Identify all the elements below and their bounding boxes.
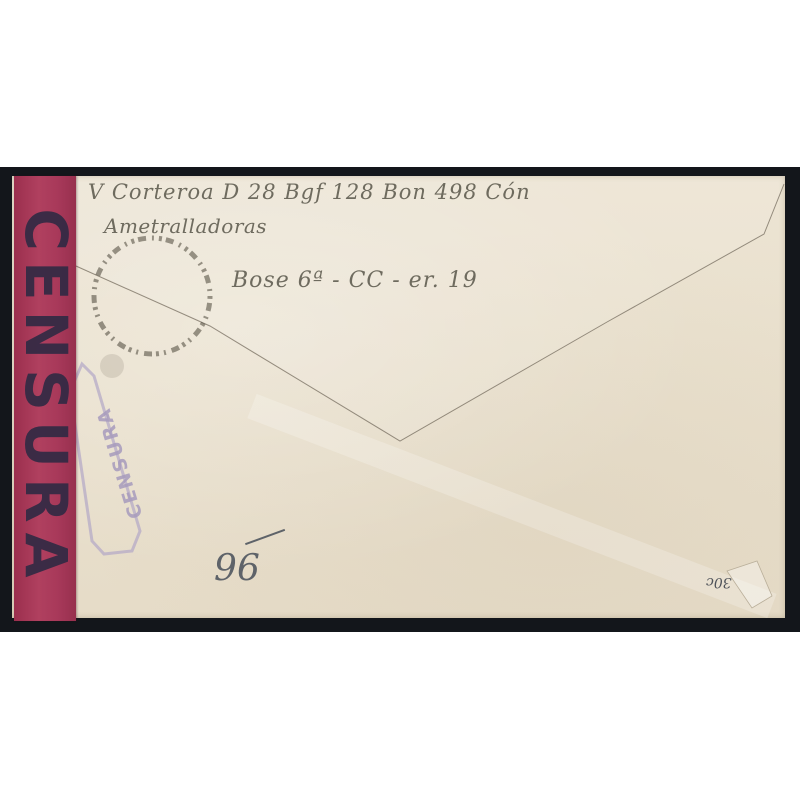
sender-address-line-3: Bose 6ª - CC - er. 19 bbox=[232, 268, 478, 293]
pencil-corner-note: 30c bbox=[706, 574, 732, 590]
envelope-flap-lines bbox=[12, 176, 785, 618]
sender-address-line-1: V Corteroa D 28 Bgf 128 Bon 498 Cón bbox=[88, 180, 531, 204]
censor-tape-label: CENSURA bbox=[12, 208, 80, 587]
envelope-back bbox=[12, 176, 785, 618]
sender-address-line-2: Ametralladoras bbox=[104, 214, 267, 238]
pencil-number: 96 bbox=[214, 544, 260, 585]
